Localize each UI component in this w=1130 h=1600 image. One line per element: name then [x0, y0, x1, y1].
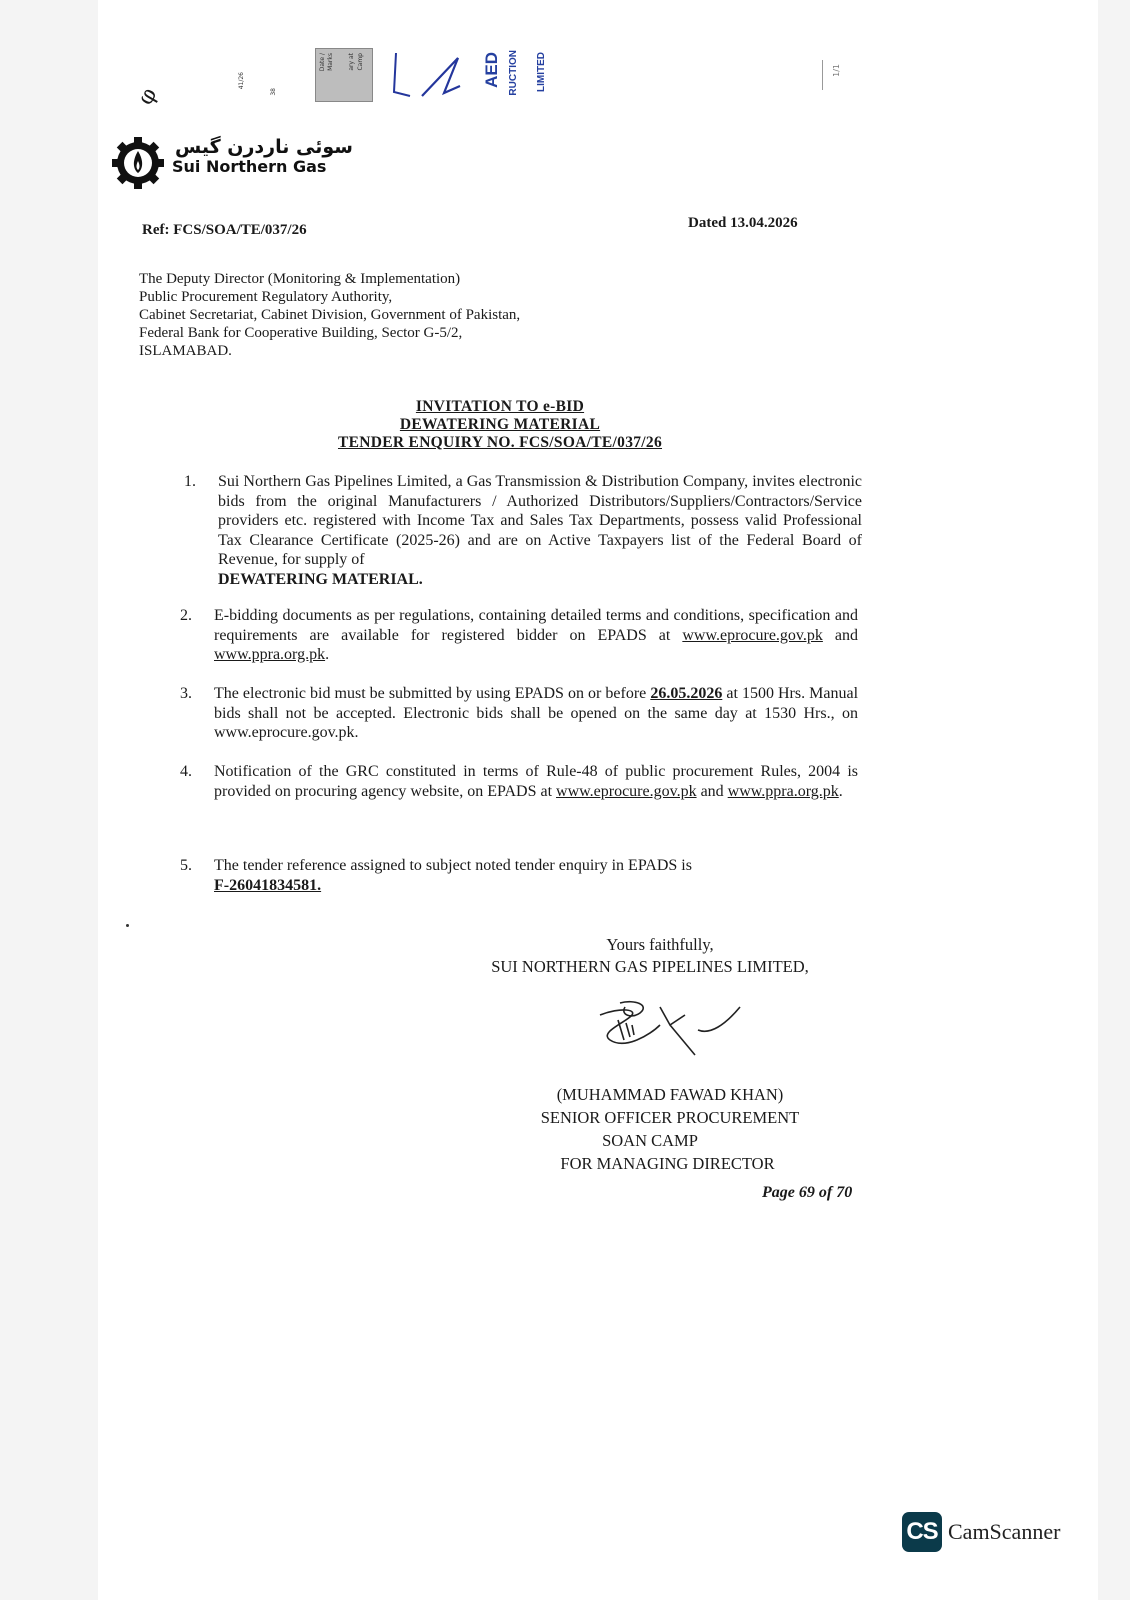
eprocure-link[interactable]: www.eprocure.gov.pk [556, 783, 697, 800]
address-line: Cabinet Secretariat, Cabinet Division, G… [139, 306, 520, 324]
signatory-for: FOR MANAGING DIRECTOR [500, 1153, 835, 1175]
subject-heading: INVITATION TO e-BID DEWATERING MATERIAL … [300, 398, 700, 452]
margin-note: 41/26 [238, 72, 245, 89]
clause-4: 4. Notification of the GRC constituted i… [180, 762, 858, 801]
signatory-name: (MUHAMMAD FAWAD KHAN) [500, 1084, 840, 1106]
material-name: DEWATERING MATERIAL. [218, 571, 423, 588]
company-stamp-line-2: RUCTION [508, 50, 519, 96]
clause-2: 2. E-bidding documents as per regulation… [180, 606, 858, 665]
ppra-link[interactable]: www.ppra.org.pk [728, 783, 839, 800]
letter-date: Dated 13.04.2026 [688, 215, 798, 232]
logo-urdu-text: سوئی ناردرن گیس [175, 136, 353, 158]
reference-number: Ref: FCS/SOA/TE/037/26 [142, 222, 307, 239]
right-margin-line [822, 60, 823, 90]
heading-line: DEWATERING MATERIAL [300, 416, 700, 434]
camscanner-label: CamScanner [948, 1519, 1060, 1545]
submission-deadline: 26.05.2026 [650, 685, 722, 702]
clause-number: 2. [180, 606, 208, 626]
clause-number: 1. [184, 472, 212, 492]
scan-speck [126, 924, 129, 927]
eprocure-link[interactable]: www.eprocure.gov.pk [682, 627, 823, 644]
company-name: SUI NORTHERN GAS PIPELINES LIMITED, [460, 956, 840, 978]
address-line: Public Procurement Regulatory Authority, [139, 288, 520, 306]
ppra-link[interactable]: www.ppra.org.pk [214, 646, 325, 663]
address-line: Federal Bank for Cooperative Building, S… [139, 324, 520, 342]
camscanner-watermark: CS CamScanner [902, 1512, 1060, 1552]
address-line: ISLAMABAD. [139, 342, 520, 360]
clause-text: Sui Northern Gas Pipelines Limited, a Ga… [218, 473, 862, 568]
logo-english-text: Sui Northern Gas [172, 157, 326, 176]
blue-initials [378, 48, 468, 103]
clause-3: 3. The electronic bid must be submitted … [180, 684, 858, 743]
clause-number: 4. [180, 762, 208, 782]
signatory-location: SOAN CAMP [500, 1130, 800, 1152]
company-stamp-line-1: AED [482, 52, 502, 88]
sngpl-logo-icon [110, 135, 166, 191]
heading-line: TENDER ENQUIRY NO. FCS/SOA/TE/037/26 [300, 434, 700, 452]
right-mark: 1/1 [832, 64, 841, 77]
address-line: The Deputy Director (Monitoring & Implem… [139, 270, 520, 288]
recipient-address: The Deputy Director (Monitoring & Implem… [139, 270, 520, 360]
camscanner-logo-icon: CS [902, 1512, 942, 1552]
heading-line: INVITATION TO e-BID [300, 398, 700, 416]
small-mark: 38 [270, 88, 277, 96]
salutation: Yours faithfully, [560, 934, 760, 956]
clause-number: 3. [180, 684, 208, 704]
signature [590, 995, 750, 1060]
received-stamp: Date / Marks ary at Camp [315, 48, 373, 102]
page-number: Page 69 of 70 [762, 1184, 852, 1202]
signatory-designation: SENIOR OFFICER PROCUREMENT [500, 1107, 840, 1129]
clause-number: 5. [180, 856, 208, 876]
clause-1: 1. Sui Northern Gas Pipelines Limited, a… [184, 472, 862, 589]
company-stamp-line-3: LIMITED [536, 52, 547, 92]
epads-tender-reference: F-26041834581. [214, 877, 321, 894]
clause-5: 5. The tender reference assigned to subj… [180, 856, 858, 895]
